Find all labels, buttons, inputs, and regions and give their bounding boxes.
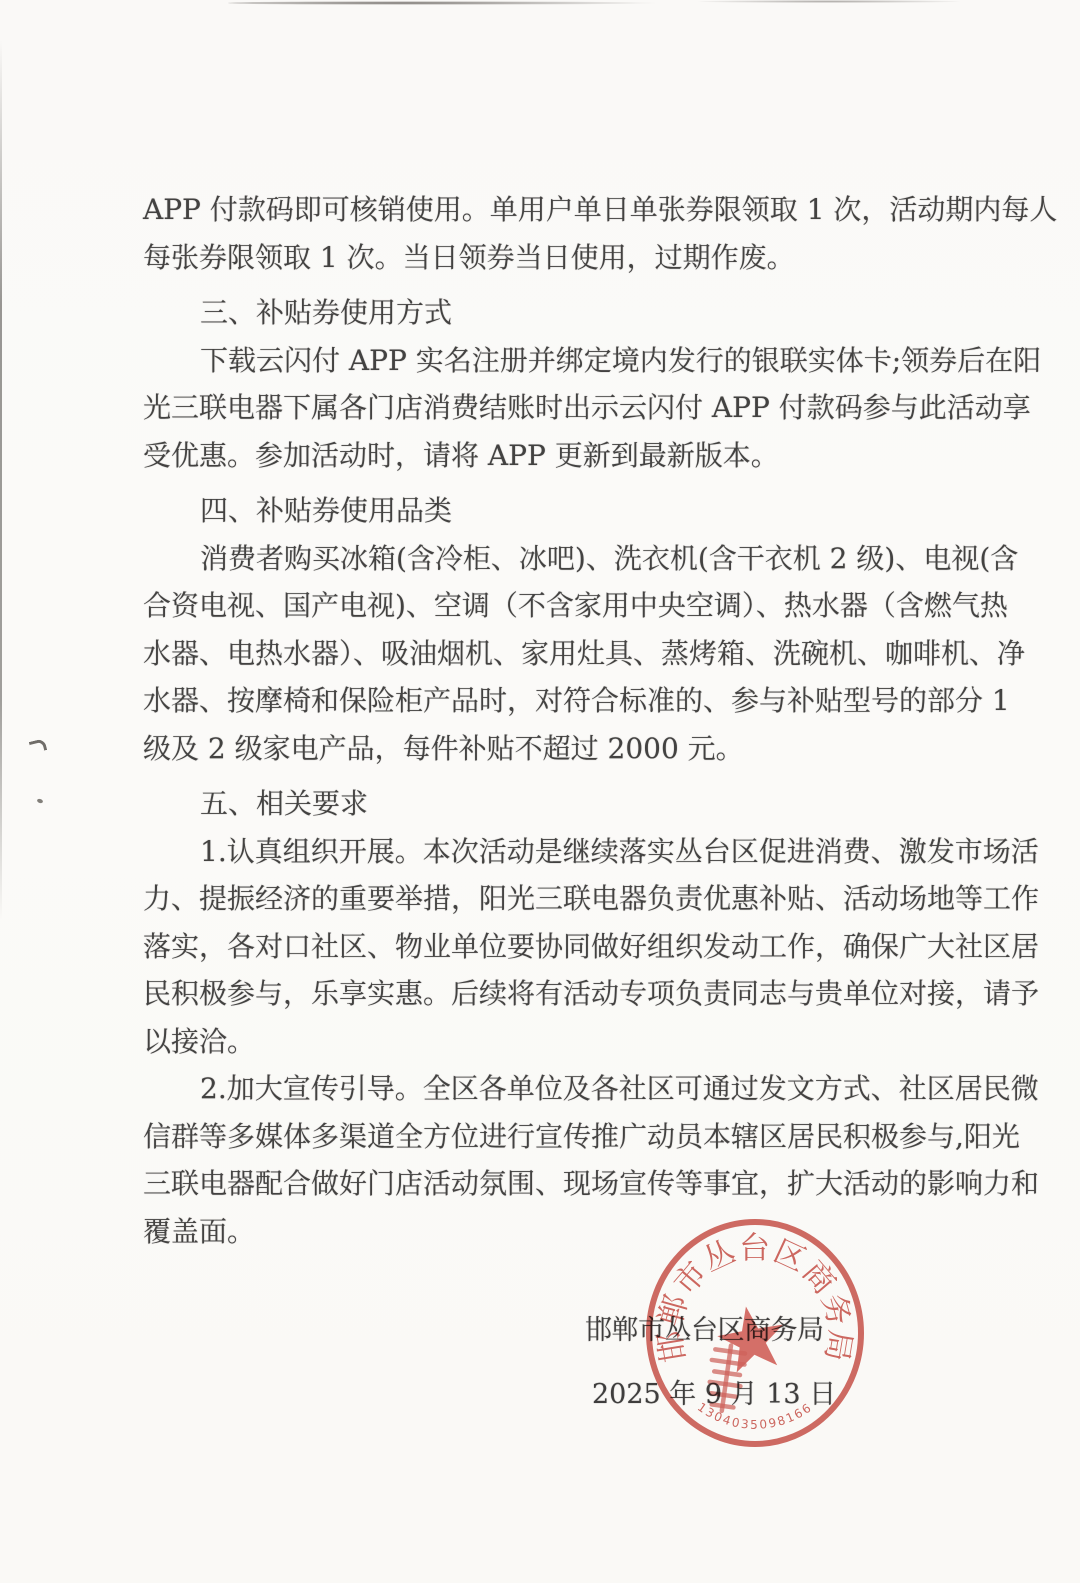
doc-line: 级及 2 级家电产品，每件补贴不超过 2000 元。	[143, 725, 937, 773]
doc-line: 落实，各对口社区、物业单位要协同做好组织发动工作，确保广大社区居	[143, 923, 937, 971]
doc-line: 以接洽。	[143, 1018, 937, 1066]
doc-line: APP 付款码即可核销使用。单用户单日单张券限领取 1 次，活动期内每人	[143, 186, 937, 234]
ink-speck	[36, 798, 43, 804]
scan-edge-line	[0, 40, 2, 920]
doc-line: 每张券限领取 1 次。当日领券当日使用，过期作废。	[143, 234, 937, 282]
doc-line: 1.认真组织开展。本次活动是继续落实丛台区促进消费、激发市场活	[143, 828, 937, 876]
doc-line: 下载云闪付 APP 实名注册并绑定境内发行的银联实体卡;领券后在阳	[143, 337, 937, 385]
doc-line: 民积极参与，乐享实惠。后续将有活动专项负责同志与贵单位对接，请予	[143, 970, 937, 1018]
doc-line: 受优惠。参加活动时，请将 APP 更新到最新版本。	[143, 432, 937, 480]
doc-line: 力、提振经济的重要举措，阳光三联电器负责优惠补贴、活动场地等工作	[143, 875, 937, 923]
document-body: APP 付款码即可核销使用。单用户单日单张券限领取 1 次，活动期内每人 每张券…	[143, 186, 937, 1255]
section-heading-5: 五、相关要求	[143, 780, 937, 828]
official-seal: 邯郸市丛台区商务局 1304035098166	[643, 1219, 867, 1447]
section-heading-3: 三、补贴券使用方式	[143, 289, 937, 337]
doc-line: 光三联电器下属各门店消费结账时出示云闪付 APP 付款码参与此活动享	[143, 384, 937, 432]
scan-shadow-line-right	[698, 0, 960, 3]
seal-inner-mark	[705, 1343, 747, 1413]
doc-line: 2.加大宣传引导。全区各单位及各社区可通过发文方式、社区居民微	[143, 1065, 937, 1113]
section-heading-4: 四、补贴券使用品类	[143, 487, 937, 535]
scanned-document-page: APP 付款码即可核销使用。单用户单日单张券限领取 1 次，活动期内每人 每张券…	[0, 0, 1080, 1583]
doc-line: 水器、按摩椅和保险柜产品时，对符合标准的、参与补贴型号的部分 1	[143, 677, 937, 725]
doc-line: 水器、电热水器）、吸油烟机、家用灶具、蒸烤箱、洗碗机、咖啡机、净	[143, 630, 937, 678]
ink-speck	[29, 738, 47, 754]
scan-shadow-line-left	[228, 1, 656, 5]
doc-line: 三联电器配合做好门店活动氛围、现场宣传等事宜，扩大活动的影响力和	[143, 1160, 937, 1208]
doc-line: 合资电视、国产电视)、空调（不含家用中央空调）、热水器（含燃气热	[143, 582, 937, 630]
doc-line: 信群等多媒体多渠道全方位进行宣传推广动员本辖区居民积极参与,阳光	[143, 1113, 937, 1161]
doc-line: 消费者购买冰箱(含冷柜、冰吧)、洗衣机(含干衣机 2 级)、电视(含	[143, 535, 937, 583]
